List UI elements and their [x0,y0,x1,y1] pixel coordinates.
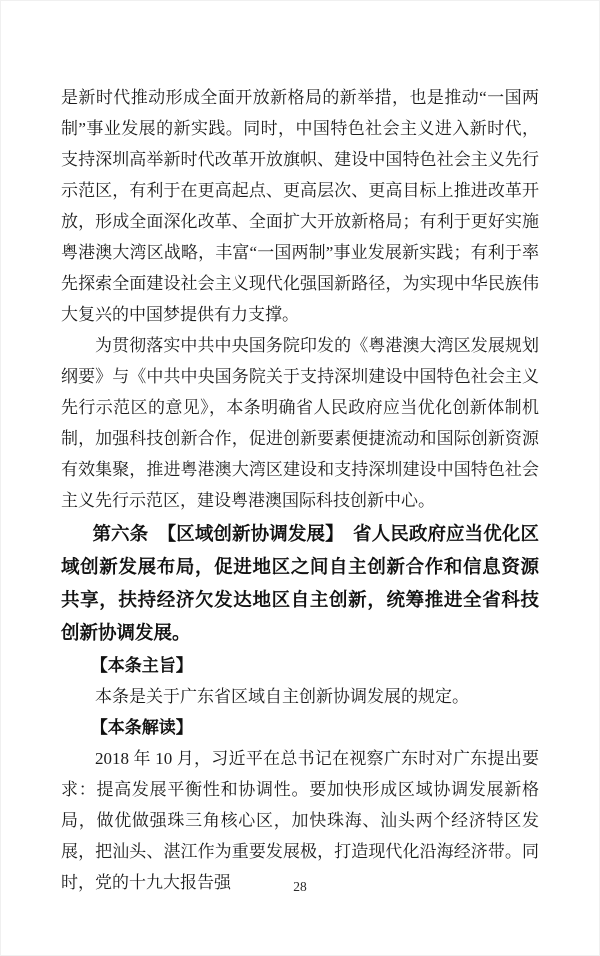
article-6-clause: 第六条 【区域创新协调发展】 省人民政府应当优化区域创新发展布局，促进地区之间自… [61,517,539,649]
heading-main-point: 【本条主旨】 [61,650,539,681]
page-number: 28 [0,879,600,895]
heading-interpretation: 【本条解读】 [61,712,539,743]
page-content: 是新时代推动形成全面开放新格局的新举措，也是推动“一国两制”事业发展的新实践。同… [61,82,539,898]
paragraph-continuation: 是新时代推动形成全面开放新格局的新举措，也是推动“一国两制”事业发展的新实践。同… [61,82,539,330]
paragraph-background: 为贯彻落实中共中央国务院印发的《粤港澳大湾区发展规划纲要》与《中共中央国务院关于… [61,330,539,516]
paragraph-interpretation: 2018 年 10 月，习近平在总书记在视察广东时对广东提出要求：提高发展平衡性… [61,743,539,898]
paragraph-main-point: 本条是关于广东省区域自主创新协调发展的规定。 [61,681,539,712]
document-page: 是新时代推动形成全面开放新格局的新举措，也是推动“一国两制”事业发展的新实践。同… [0,0,600,956]
